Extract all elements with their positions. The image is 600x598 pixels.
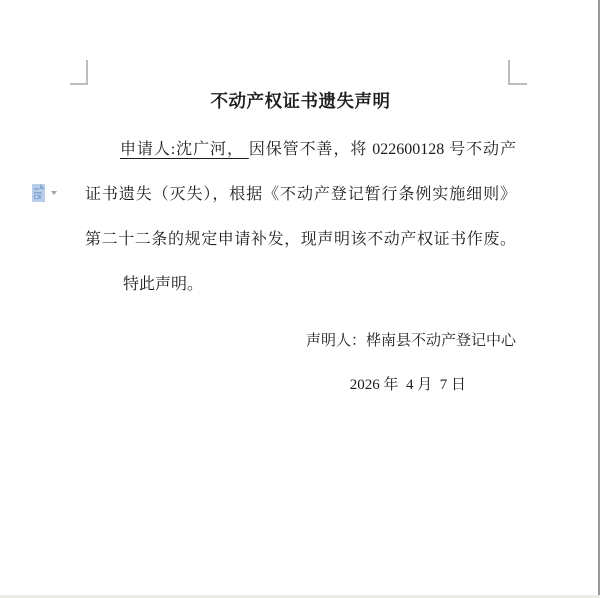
applicant-name-underlined: 申请人:沈广河， [120,141,249,158]
body-line-1-rest: 因保管不善，将 022600128 号不动产 [249,141,516,158]
paste-options-icon [31,183,61,205]
body-line-3: 第二十二条的规定申请补发，现声明该不动产权证书作废。 [85,217,516,262]
body-line-4: 特此声明。 [85,262,516,307]
body-line-2: 证书遗失（灭失），根据《不动产登记暂行条例实施细则》 [85,172,516,217]
paste-options-button[interactable] [31,183,61,205]
document-title: 不动产权证书遗失声明 [85,88,516,114]
crop-mark-top-left [70,60,88,85]
chevron-down-icon [51,191,57,195]
declaration-date: 2026 年 4 月 7 日 [85,374,466,396]
declarant-signature: 声明人：桦南县不动产登记中心 [85,330,516,352]
document-body: 申请人:沈广河， 因保管不善，将 022600128 号不动产 证书遗失（灭失）… [85,127,516,307]
crop-mark-top-right [508,60,527,85]
body-line-1: 申请人:沈广河， 因保管不善，将 022600128 号不动产 [85,127,516,172]
word-document-page: { "document": { "title": "不动产权证书遗失声明", "… [0,0,600,598]
